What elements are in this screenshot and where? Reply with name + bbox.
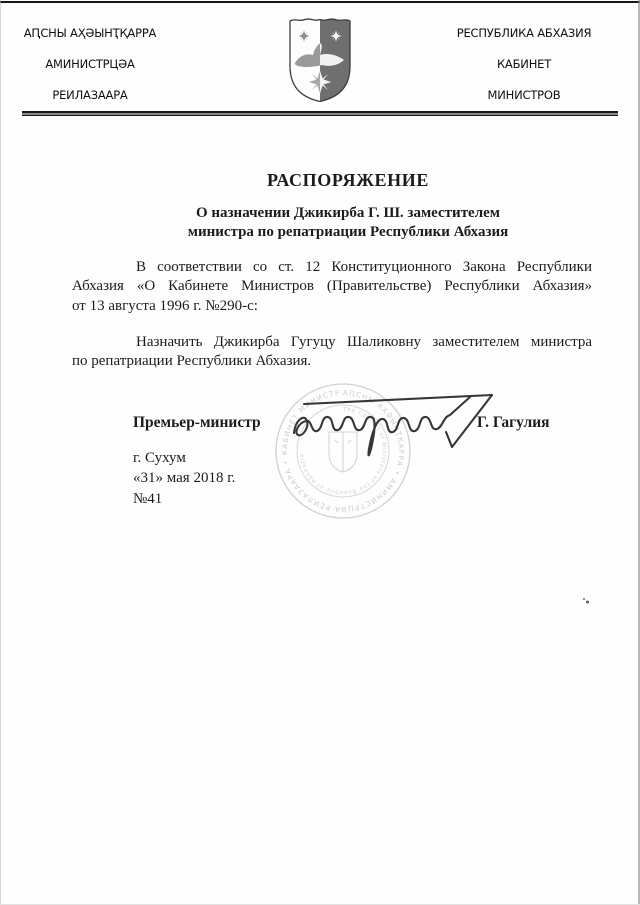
footer-number: №41	[133, 491, 162, 508]
preamble-line2: Абхазия «О Кабинете Министров (Правитель…	[72, 277, 592, 296]
letterhead-russian-line3: МИНИСТРОВ	[444, 79, 604, 110]
body-paragraph-preamble: В соответствии со ст. 12 Конституционног…	[72, 258, 592, 316]
letterhead-russian-line1: РЕСПУБЛИКА АБХАЗИЯ	[444, 17, 604, 48]
body-paragraph-resolution: Назначить Джикирба Гугуцу Шаликовну заме…	[72, 333, 592, 372]
preamble-line3: от 13 августа 1996 г. №290-с:	[72, 297, 592, 316]
document-title: РАСПОРЯЖЕНИЕ	[90, 170, 606, 191]
resolution-line1: Назначить Джикирба Гугуцу Шаликовну заме…	[72, 333, 592, 352]
letterhead-abkhaz-line1: АԤСНЫ АҲӘЫНҬҚАРРА	[10, 17, 170, 48]
preamble-line1: В соответствии со ст. 12 Конституционног…	[72, 258, 592, 277]
scan-edge-left	[0, 0, 1, 905]
scan-edge-top	[0, 1, 640, 3]
footer-city: г. Сухум	[133, 450, 186, 467]
signer-name: Г. Гагулия	[477, 414, 550, 432]
letterhead-abkhaz-line3: РЕИЛАЗААРА	[10, 79, 170, 110]
coat-of-arms-abkhazia-icon	[287, 16, 353, 104]
signature-strokes	[294, 395, 492, 455]
signature-autograph	[280, 383, 500, 478]
document-subject-line1: О назначении Джикирба Г. Ш. заместителем	[90, 204, 606, 223]
signer-post: Премьер-министр	[133, 414, 261, 432]
letterhead-divider-rule	[22, 111, 618, 116]
document-subject: О назначении Джикирба Г. Ш. заместителем…	[90, 204, 606, 241]
letterhead-abkhaz-block: АԤСНЫ АҲӘЫНҬҚАРРА АМИНИСТРЦӘА РЕИЛАЗААРА	[10, 17, 170, 110]
letterhead-russian-block: РЕСПУБЛИКА АБХАЗИЯ КАБИНЕТ МИНИСТРОВ	[444, 17, 604, 110]
footer-date: «31» мая 2018 г.	[133, 470, 235, 487]
letterhead-abkhaz-line2: АМИНИСТРЦӘА	[10, 48, 170, 79]
scan-speck	[581, 596, 591, 606]
resolution-line2: по репатриации Республики Абхазия.	[72, 352, 592, 371]
scanned-document-page: АԤСНЫ АҲӘЫНҬҚАРРА АМИНИСТРЦӘА РЕИЛАЗААРА	[0, 0, 640, 905]
letterhead-russian-line2: КАБИНЕТ	[444, 48, 604, 79]
document-subject-line2: министра по репатриации Республики Абхаз…	[90, 223, 606, 242]
